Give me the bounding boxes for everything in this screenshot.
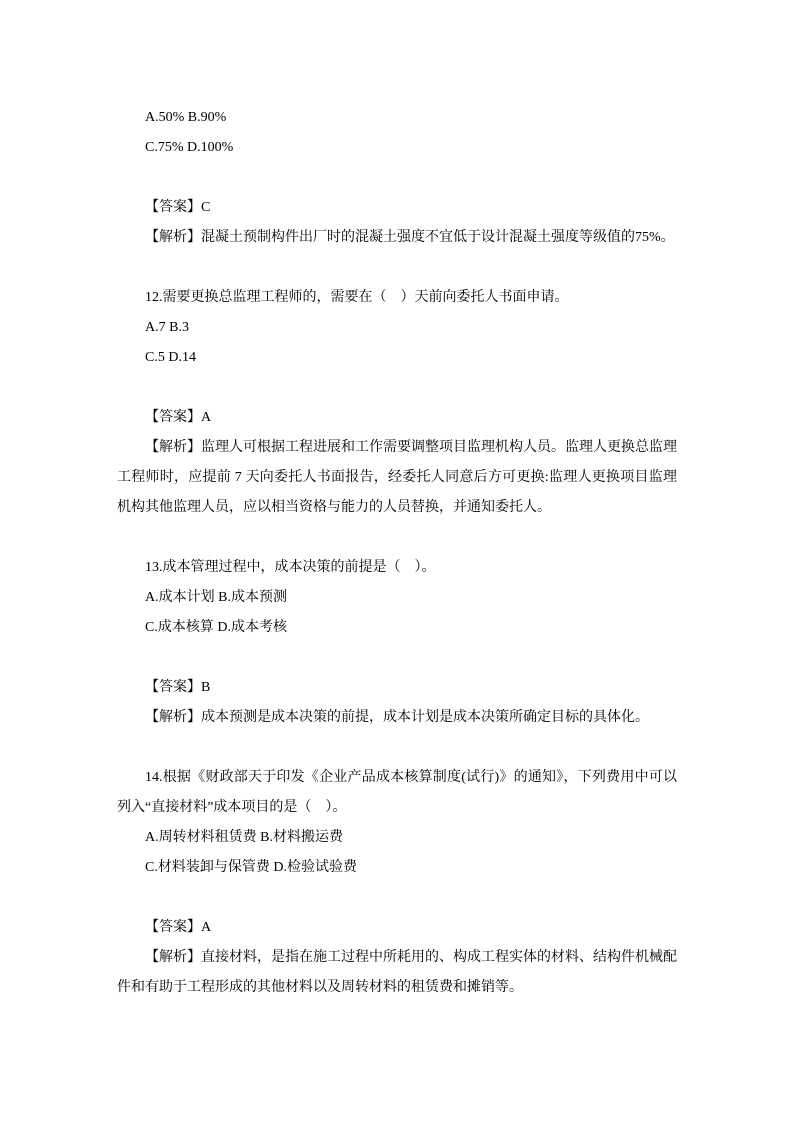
options-line-cd: C.材料装卸与保管费 D.检验试验费: [117, 853, 677, 883]
question-stem: 12.需要更换总监理工程师的，需要在（ ）天前向委托人书面申请。: [117, 283, 677, 313]
analysis-text: 【解析】成本预测是成本决策的前提，成本计划是成本决策所确定目标的具体化。: [117, 703, 677, 733]
options-line-cd: C.5 D.14: [117, 343, 677, 373]
answer-line: 【答案】B: [117, 673, 677, 703]
options-line-ab: A.周转材料租赁费 B.材料搬运费: [117, 823, 677, 853]
options-line-ab: A.7 B.3: [117, 313, 677, 343]
options-line-ab: A.成本计划 B.成本预测: [117, 583, 677, 613]
answer-line: 【答案】A: [117, 403, 677, 433]
analysis-text: 【解析】监理人可根据工程进展和工作需要调整项目监理机构人员。监理人更换总监理工程…: [117, 433, 677, 523]
question-block-11: A.50% B.90% C.75% D.100% 【答案】C 【解析】混凝土预制…: [117, 103, 677, 253]
options-line-ab: A.50% B.90%: [117, 103, 677, 133]
question-block-12: 12.需要更换总监理工程师的，需要在（ ）天前向委托人书面申请。 A.7 B.3…: [117, 283, 677, 523]
document-page: A.50% B.90% C.75% D.100% 【答案】C 【解析】混凝土预制…: [0, 0, 794, 1123]
question-block-14: 14.根据《财政部天于印发《企业产品成本核算制度(试行)》的通知》，下列费用中可…: [117, 763, 677, 1003]
question-stem: 13.成本管理过程中，成本决策的前提是（ ）。: [117, 553, 677, 583]
options-line-cd: C.成本核算 D.成本考核: [117, 613, 677, 643]
question-stem: 14.根据《财政部天于印发《企业产品成本核算制度(试行)》的通知》，下列费用中可…: [117, 763, 677, 823]
answer-line: 【答案】A: [117, 913, 677, 943]
question-block-13: 13.成本管理过程中，成本决策的前提是（ ）。 A.成本计划 B.成本预测 C.…: [117, 553, 677, 733]
analysis-text: 【解析】直接材料，是指在施工过程中所耗用的、构成工程实体的材料、结构件机械配件和…: [117, 943, 677, 1003]
document-content: A.50% B.90% C.75% D.100% 【答案】C 【解析】混凝土预制…: [117, 103, 677, 1003]
analysis-text: 【解析】混凝土预制构件出厂时的混凝土强度不宜低于设计混凝土强度等级值的75%。: [117, 223, 677, 253]
options-line-cd: C.75% D.100%: [117, 133, 677, 163]
answer-line: 【答案】C: [117, 193, 677, 223]
